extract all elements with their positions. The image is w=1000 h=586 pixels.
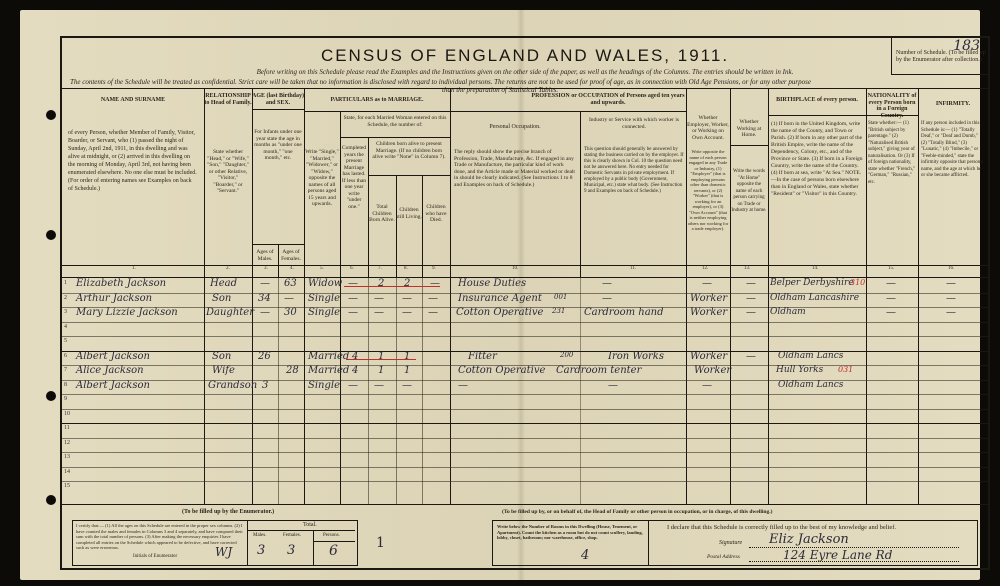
col-num-12: 12. bbox=[702, 266, 708, 271]
person-name: Mary Lizzie Jackson bbox=[76, 307, 178, 318]
age-male: — bbox=[260, 307, 270, 318]
col-nationality: NATIONALITY of every Person born in a Fo… bbox=[866, 89, 919, 277]
table-row: 13 bbox=[62, 452, 988, 468]
industry: Cardroom tenter bbox=[556, 365, 641, 376]
children-total: — bbox=[374, 380, 384, 391]
col-birthplace: BIRTHPLACE of every person. (1) If born … bbox=[768, 89, 867, 277]
persons-label: Persons. bbox=[323, 533, 340, 538]
occupation-code: 001 bbox=[554, 293, 567, 301]
children-living: 2 bbox=[404, 278, 410, 289]
row-number: 5 bbox=[64, 338, 67, 344]
binding-hole bbox=[46, 110, 56, 120]
relationship: Daughter bbox=[206, 307, 254, 318]
children-living: — bbox=[402, 293, 412, 304]
row-number: 12 bbox=[64, 440, 70, 446]
age-female: — bbox=[284, 293, 294, 304]
header-total-children: Total Children Born Alive. bbox=[368, 204, 396, 224]
row-number: 14 bbox=[64, 469, 70, 475]
row-number: 15 bbox=[64, 483, 70, 489]
row-number: 1 bbox=[64, 280, 67, 286]
header-birthplace-desc: (1) If born in the United Kingdom, write… bbox=[771, 121, 863, 198]
table-row: 11 bbox=[62, 423, 988, 439]
header-children-living: Children still Living. bbox=[396, 207, 422, 220]
infirmity: — bbox=[946, 278, 956, 289]
header-marriage: PARTICULARS as to MARRIAGE. bbox=[304, 97, 450, 104]
row-number: 2 bbox=[64, 295, 67, 301]
schedule-number-box: 183 Number of Schedule. (To be filled up… bbox=[891, 38, 988, 75]
col-num-3: 3. bbox=[264, 266, 268, 271]
red-correction-line bbox=[344, 286, 440, 287]
marital-condition: Single bbox=[308, 307, 340, 318]
table-row: 14 bbox=[62, 467, 988, 483]
table-row: 7 Alice Jackson Wife 28 Married 4 1 1 Co… bbox=[62, 365, 988, 381]
header-marriage-condition: Write "Single," "Married," "Widower," or… bbox=[305, 149, 339, 208]
row-number: 7 bbox=[64, 367, 67, 373]
header-birthplace: BIRTHPLACE of every person. bbox=[768, 97, 866, 104]
header-children-died: Children who have Died. bbox=[422, 204, 450, 224]
age-male: 34 bbox=[258, 293, 271, 304]
rooms-instruction: Write below the Number of Rooms in this … bbox=[497, 524, 645, 541]
age-male: 3 bbox=[262, 380, 268, 391]
children-living: — bbox=[402, 307, 412, 318]
at-home: — bbox=[746, 278, 756, 289]
instruction-line: Before writing on this Schedule please r… bbox=[62, 68, 988, 76]
marital-condition: Married bbox=[308, 351, 349, 362]
col-num-4: 4. bbox=[290, 266, 294, 271]
years-married: — bbox=[348, 307, 358, 318]
table-row: 8 Albert Jackson Grandson 3 Single — — —… bbox=[62, 380, 988, 396]
relationship: Son bbox=[212, 293, 231, 304]
col-age: AGE (last Birthday) and SEX. For Infants… bbox=[252, 89, 305, 277]
header-infirmity-desc: If any person included in this Schedule … bbox=[921, 121, 985, 180]
red-correction-line bbox=[346, 359, 416, 360]
row-number: 10 bbox=[64, 411, 70, 417]
table-row: 2 Arthur Jackson Son 34 — Single — — — —… bbox=[62, 293, 988, 309]
column-number-row: 1. 2. 3. 4. 5. 6. 7. 8. 9. 10. 11. 12. 1… bbox=[62, 265, 988, 278]
table-row: 5 bbox=[62, 336, 988, 352]
header-personal-occupation-desc: The reply should show the precise branch… bbox=[454, 149, 576, 188]
col-marriage: PARTICULARS as to MARRIAGE. Write "Singl… bbox=[304, 89, 451, 277]
footer-section: (To be filled up by the Enumerator.) I c… bbox=[62, 504, 988, 569]
table-row: 12 bbox=[62, 438, 988, 454]
col-num-1: 1. bbox=[132, 266, 136, 271]
head-declaration-box: Write below the Number of Rooms in this … bbox=[492, 520, 978, 566]
occupation-code: 231 bbox=[552, 307, 565, 315]
col-infirmity: INFIRMITY. If any person included in thi… bbox=[918, 89, 988, 277]
col-relationship: RELATIONSHIP to Head of Family. State wh… bbox=[204, 89, 253, 277]
enumerator-box: I certify that:— (1) All the ages on thi… bbox=[72, 520, 358, 566]
nationality: — bbox=[886, 307, 896, 318]
header-name-desc: of every Person, whether Member of Famil… bbox=[68, 129, 198, 193]
confidential-line-1: The contents of the Schedule will be tre… bbox=[70, 78, 970, 86]
binding-hole bbox=[46, 230, 56, 240]
birthplace: Oldham bbox=[770, 307, 806, 317]
employment-status: Worker bbox=[690, 293, 727, 304]
employment-status: — bbox=[702, 278, 712, 289]
nationality: — bbox=[886, 278, 896, 289]
table-row: 4 bbox=[62, 322, 988, 338]
children-total: — bbox=[374, 307, 384, 318]
header-children-born: Children born alive to present Marriage.… bbox=[370, 141, 448, 161]
table-row: 3 Mary Lizzie Jackson Daughter — 30 Sing… bbox=[62, 307, 988, 323]
employment-status: — bbox=[702, 380, 712, 391]
age-female: 63 bbox=[284, 278, 297, 289]
header-employer-desc: Write opposite the name of each person e… bbox=[687, 149, 729, 232]
red-tally-mark: 1 bbox=[376, 535, 385, 551]
col-num-9: 9. bbox=[432, 266, 436, 271]
enumerator-initials: WJ bbox=[215, 545, 232, 559]
occupation: — bbox=[458, 380, 468, 391]
header-age-desc: For Infants under one year state the age… bbox=[254, 129, 302, 162]
table-row: 9 bbox=[62, 394, 988, 410]
header-industry-desc: This question should generally be answer… bbox=[584, 147, 684, 195]
nationality: — bbox=[886, 293, 896, 304]
header-name: NAME AND SURNAME bbox=[62, 97, 204, 104]
males-label: Males. bbox=[253, 533, 266, 538]
column-headers: NAME AND SURNAME of every Person, whethe… bbox=[62, 88, 988, 277]
row-number: 6 bbox=[64, 353, 67, 359]
row-number: 4 bbox=[64, 324, 67, 330]
census-title: CENSUS OF ENGLAND AND WALES, 1911. bbox=[62, 46, 988, 66]
industry: Cardroom hand bbox=[584, 307, 664, 318]
col-num-7: 7. bbox=[378, 266, 382, 271]
employment-status: Worker bbox=[690, 351, 727, 362]
header-age: AGE (last Birthday) and SEX. bbox=[252, 93, 304, 106]
relationship: Head bbox=[210, 278, 237, 289]
marital-condition: Widow bbox=[308, 278, 342, 289]
schedule-number-label: Number of Schedule. (To be filled up by … bbox=[896, 50, 988, 64]
col-num-2: 2. bbox=[226, 266, 230, 271]
employment-status: Worker bbox=[694, 365, 731, 376]
occupation-code: 200 bbox=[560, 351, 573, 359]
occupation: Cotton Operative bbox=[458, 365, 545, 376]
header-employer: Whether Employer, Worker, or Working on … bbox=[687, 115, 729, 141]
birthplace: Belper Derbyshire bbox=[770, 278, 854, 288]
children-died: — bbox=[430, 278, 440, 289]
marital-condition: Married bbox=[308, 365, 349, 376]
header-personal-occupation: Personal Occupation. bbox=[450, 124, 580, 131]
col-num-10: 10. bbox=[512, 266, 518, 271]
birthplace: Oldham Lancs bbox=[778, 351, 843, 361]
years-married: — bbox=[348, 380, 358, 391]
children-total: 1 bbox=[378, 351, 384, 362]
females-label: Females. bbox=[283, 533, 301, 538]
birthplace: Oldham Lancs bbox=[778, 380, 843, 390]
person-name: Alice Jackson bbox=[76, 365, 144, 376]
person-name: Arthur Jackson bbox=[76, 293, 152, 304]
total-persons: 6 bbox=[329, 543, 338, 559]
years-married: — bbox=[348, 278, 358, 289]
row-number: 3 bbox=[64, 309, 67, 315]
header-married-women: State, for each Married Woman entered on… bbox=[342, 115, 448, 128]
binding-hole bbox=[46, 391, 56, 401]
postal-address-label: Postal Address bbox=[707, 554, 740, 560]
birthplace: Oldham Lancashire bbox=[770, 293, 859, 303]
head-of-family-heading: (To be filled up by, or on behalf of, th… bbox=[502, 509, 982, 515]
children-living: 1 bbox=[404, 365, 410, 376]
industry: — bbox=[608, 380, 618, 391]
col-occupation: PROFESSION or OCCUPATION of Persons aged… bbox=[450, 89, 687, 277]
age-female: 30 bbox=[284, 307, 297, 318]
total-males: 3 bbox=[257, 543, 265, 558]
infirmity: — bbox=[946, 293, 956, 304]
industry: — bbox=[602, 278, 612, 289]
col-num-11: 11. bbox=[630, 266, 636, 271]
header-occupation: PROFESSION or OCCUPATION of Persons aged… bbox=[530, 93, 686, 106]
binding-hole bbox=[46, 495, 56, 505]
col-num-8: 8. bbox=[404, 266, 408, 271]
marital-condition: Single bbox=[308, 293, 340, 304]
total-females: 3 bbox=[287, 543, 295, 558]
signature-label: Signature bbox=[719, 540, 742, 546]
header-nationality-desc: State whether:— (1) "British subject by … bbox=[868, 121, 916, 186]
children-living: 1 bbox=[404, 351, 410, 362]
birthplace: Hull Yorks bbox=[776, 365, 823, 375]
years-married: — bbox=[348, 293, 358, 304]
children-total: 2 bbox=[378, 278, 384, 289]
col-num-14: 14. bbox=[812, 266, 818, 271]
postal-address: 124 Eyre Lane Rd bbox=[783, 548, 892, 562]
header-infirmity: INFIRMITY. bbox=[918, 101, 988, 108]
person-name: Albert Jackson bbox=[76, 380, 150, 391]
infirmity: — bbox=[946, 307, 956, 318]
children-living: — bbox=[402, 380, 412, 391]
col-employer: Whether Employer, Worker, or Working on … bbox=[686, 89, 731, 277]
occupation: Cotton Operative bbox=[456, 307, 543, 318]
at-home: — bbox=[746, 293, 756, 304]
col-num-16: 16. bbox=[948, 266, 954, 271]
children-total: 1 bbox=[378, 365, 384, 376]
marital-condition: Single bbox=[308, 380, 340, 391]
at-home: — bbox=[746, 351, 756, 362]
age-female: 28 bbox=[286, 365, 299, 376]
header-age-females: Ages of Females. bbox=[278, 249, 304, 262]
years-married: 4 bbox=[352, 365, 358, 376]
relationship: Son bbox=[212, 351, 231, 362]
employment-status: Worker bbox=[690, 307, 727, 318]
children-total: — bbox=[374, 293, 384, 304]
age-male: 26 bbox=[258, 351, 271, 362]
years-married: 4 bbox=[352, 351, 358, 362]
occupation: Insurance Agent bbox=[458, 293, 542, 304]
industry: Iron Works bbox=[608, 351, 664, 362]
birthplace-code: 310 bbox=[850, 278, 865, 287]
occupation: Fitter bbox=[468, 351, 497, 362]
table-row: 6 Albert Jackson Son 26 Married 4 1 1 Fi… bbox=[62, 351, 988, 367]
col-num-13: 13. bbox=[744, 266, 750, 271]
industry: — bbox=[602, 293, 612, 304]
at-home: — bbox=[746, 307, 756, 318]
relationship: Wife bbox=[212, 365, 235, 376]
col-num-15: 15. bbox=[888, 266, 894, 271]
household-rows: 1 Elizabeth Jackson Head — 63 Widow — 2 … bbox=[62, 278, 988, 504]
total-label: Total. bbox=[303, 522, 317, 528]
col-at-home: Whether Working at Home. Write the words… bbox=[730, 89, 769, 277]
age-male: — bbox=[260, 278, 270, 289]
relationship: Grandson bbox=[208, 380, 257, 391]
header-years-married: Completed years the present Marriage has… bbox=[341, 145, 367, 210]
table-row: 1 Elizabeth Jackson Head — 63 Widow — 2 … bbox=[62, 278, 988, 294]
row-number: 11 bbox=[64, 425, 70, 431]
enumerator-heading: (To be filled up by the Enumerator.) bbox=[182, 509, 274, 515]
birthplace-code: 031 bbox=[838, 365, 853, 374]
col-num-5: 5. bbox=[320, 266, 324, 271]
col-num-6: 6. bbox=[350, 266, 354, 271]
header-relationship: RELATIONSHIP to Head of Family. bbox=[204, 93, 252, 106]
signature: Eliz Jackson bbox=[769, 532, 849, 547]
header-at-home: Whether Working at Home. bbox=[731, 119, 767, 139]
occupation: House Duties bbox=[458, 278, 526, 289]
row-number: 13 bbox=[64, 454, 70, 460]
table-row: 15 bbox=[62, 481, 988, 496]
census-schedule-page: CENSUS OF ENGLAND AND WALES, 1911. Befor… bbox=[20, 10, 980, 580]
initials-label: Initials of Enumerator bbox=[133, 554, 177, 559]
table-row: 10 bbox=[62, 409, 988, 425]
header-age-males: Ages of Males. bbox=[252, 249, 278, 262]
row-number: 8 bbox=[64, 382, 67, 388]
schedule-frame: CENSUS OF ENGLAND AND WALES, 1911. Befor… bbox=[60, 36, 990, 570]
children-died: — bbox=[428, 293, 438, 304]
person-name: Albert Jackson bbox=[76, 351, 150, 362]
row-number: 9 bbox=[64, 396, 67, 402]
children-died: — bbox=[428, 307, 438, 318]
number-of-rooms: 4 bbox=[581, 548, 589, 563]
declaration-text: I declare that this Schedule is correctl… bbox=[667, 524, 896, 531]
header-industry: Industry or Service with which worker is… bbox=[582, 117, 686, 130]
header-at-home-desc: Write the words "At Home" opposite the n… bbox=[731, 169, 767, 215]
col-name: NAME AND SURNAME of every Person, whethe… bbox=[62, 89, 205, 277]
header-relationship-desc: State whether "Head," or "Wife," "Son," … bbox=[206, 149, 250, 195]
person-name: Elizabeth Jackson bbox=[76, 278, 166, 289]
